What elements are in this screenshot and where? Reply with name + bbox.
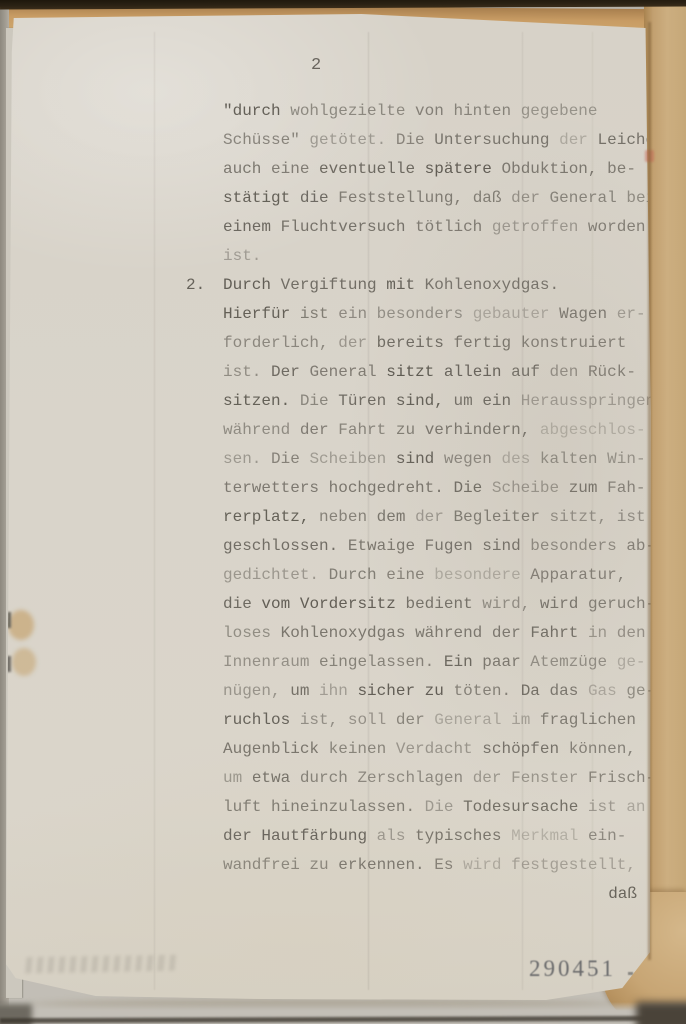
text-line: einem Fluchtversuch tötlich getroffen wo… [223,218,659,247]
text-line: sen. Die Scheiben sind wegen des kalten … [223,450,659,479]
stamp-stray-dot [628,972,633,975]
paper-crease [154,32,155,990]
text-line: ruchlos ist, soll der General im fraglic… [223,711,659,740]
text-line: "durch wohlgezielte von hinten gegebene [223,102,659,131]
text-line: geschlossen. Etwaige Fugen sind besonder… [223,537,659,566]
scanned-document: 2 "durch wohlgezielte von hinten gegeben… [0,0,686,1024]
text-line: terwetters hochgedreht. Die Scheibe zum … [223,479,659,508]
text-line: während der Fahrt zu verhindern, abgesch… [223,421,659,450]
typewritten-text: "durch wohlgezielte von hinten gegebeneS… [223,102,659,914]
text-line: gedichtet. Durch eine besondere Apparatu… [223,566,659,595]
text-line: ist. Der General sitzt allein auf den Rü… [223,363,659,392]
text-line: um etwa durch Zerschlagen der Fenster Fr… [223,769,659,798]
text-line: nügen, um ihn sicher zu töten. Da das Ga… [223,682,659,711]
text-line: forderlich, der bereits fertig konstruie… [223,334,659,363]
text-line: der Hautfärbung als typisches Merkmal ei… [223,827,659,856]
page-right-edge-shadow [648,22,651,960]
text-line: rerplatz, neben dem der Begleiter sitzt,… [223,508,659,537]
serial-stamp: 290451 [529,956,616,982]
list-number: 2. [186,276,205,294]
text-line: 2.Durch Vergiftung mit Kohlenoxydgas. [223,276,659,305]
text-line: Innenraum eingelassen. Ein paar Atemzüge… [223,653,659,682]
text-line: loses Kohlenoxydgas während der Fahrt in… [223,624,659,653]
document-page: 2 "durch wohlgezielte von hinten gegeben… [6,12,652,1010]
foxing-stain [8,610,34,640]
text-line: ist. [223,247,659,276]
text-line: daß [223,885,659,914]
page-number: 2 [311,56,321,75]
text-line: Schüsse" getötet. Die Untersuchung der L… [223,131,659,160]
text-line: stätigt die Feststellung, daß der Genera… [223,189,659,218]
text-line: Augenblick keinen Verdacht schöpfen könn… [223,740,659,769]
text-line: die vom Vordersitz bedient wird, wird ge… [223,595,659,624]
bleedthrough-marks [25,955,177,974]
text-line: sitzen. Die Türen sind, um ein Herausspr… [223,392,659,421]
text-line: wandfrei zu erkennen. Es wird festgestel… [223,856,659,885]
text-line: luft hineinzulassen. Die Todesursache is… [223,798,659,827]
scan-corner-shadow [636,1002,686,1024]
text-line: auch eine eventuelle spätere Obduktion, … [223,160,659,189]
text-line: Hierfür ist ein besonders gebauter Wagen… [223,305,659,334]
foxing-stain [12,648,36,676]
